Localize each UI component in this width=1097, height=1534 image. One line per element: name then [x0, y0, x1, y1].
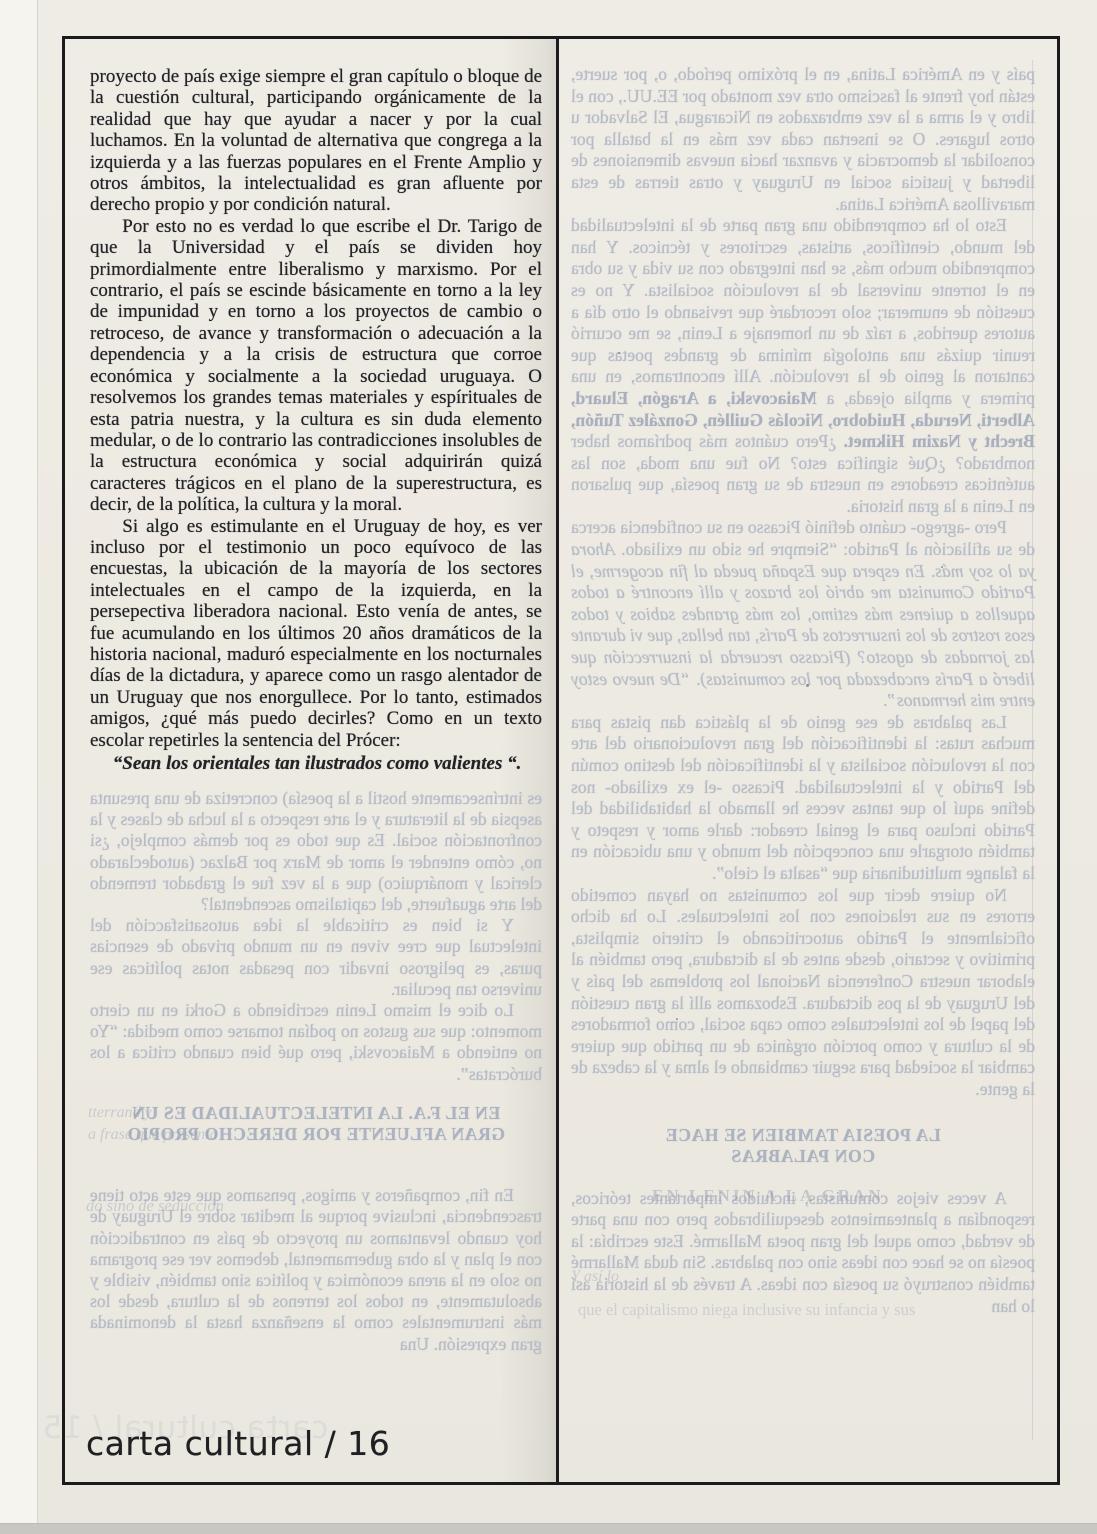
showthrough-paragraph: Pero -agrego- cuánto definió Picasso en …: [571, 517, 1035, 711]
paper-speck: [618, 352, 620, 354]
showthrough-paragraph: Esto lo ha comprendido una gran parte de…: [571, 215, 1035, 517]
paper-speck: [941, 566, 943, 568]
ghost-fragment: Y así lo: [571, 1268, 619, 1286]
showthrough-paragraph: A veces viejos comunistas, incluidos imp…: [571, 1188, 1035, 1318]
showthrough-paragraph: No quiere decir que los comunistas no ha…: [571, 885, 1035, 1101]
showthrough-heading-line: LA POESIA TAMBIEN SE HACE: [571, 1125, 1035, 1147]
magazine-footer-logo: carta cultural / 16: [86, 1424, 390, 1463]
showthrough-paragraph: Las palabras de ese genio de la plástica…: [571, 712, 1035, 885]
showthrough-heading-line: EN EL F.A. LA INTELECTUALIDAD ES UN: [90, 1103, 542, 1124]
ghost-fragment: tterrand y: [88, 1104, 152, 1122]
column-divider-rule: [556, 36, 559, 1485]
showthrough-heading-line: CON PALABRAS: [571, 1146, 1035, 1168]
paper-speck: [806, 684, 809, 687]
ghost-fragment: a frase que presenta: [88, 1126, 218, 1144]
paper-left-edge: [0, 0, 38, 1534]
article-paragraph: Si algo es estimulante en el Uruguay de …: [90, 516, 542, 751]
showthrough-paragraph: Y si bien es criticable la idea autosati…: [90, 915, 542, 1000]
right-column-showthrough: país y en América Latina, en el próximo …: [571, 64, 1035, 1317]
paper-bottom-edge: [0, 1523, 1097, 1534]
showthrough-paragraph: es intrínsecamente hostil a la poesía) c…: [90, 788, 542, 915]
paper-speck: [676, 1018, 678, 1020]
ghost-fragment: EN LENIN A LA GRAN: [652, 1186, 884, 1206]
ghost-fragment: do sino de seducción: [86, 1196, 224, 1216]
article-left-column: proyecto de país exige siempre el gran c…: [90, 66, 542, 774]
article-paragraph: Por esto no es verdad lo que escribe el …: [90, 216, 542, 516]
article-quote: “Sean los orientales tan ilustrados como…: [90, 753, 542, 774]
showthrough-paragraph: país y en América Latina, en el próximo …: [571, 64, 1035, 215]
showthrough-paragraph: Lo dice el mismo Lenin escribiendo a Gor…: [90, 1000, 542, 1085]
showthrough-heading: LA POESIA TAMBIEN SE HACE CON PALABRAS: [571, 1125, 1035, 1168]
article-paragraph: proyecto de país exige siempre el gran c…: [90, 66, 542, 216]
ghost-fragment: que el capitalismo niega inclusive su in…: [578, 1300, 915, 1320]
left-column-showthrough: es intrínsecamente hostil a la poesía) c…: [90, 788, 542, 1355]
showthrough-picasso-quote: Ahora ya lo soy más. En espera que Españ…: [571, 539, 1035, 710]
scanned-magazine-page: proyecto de país exige siempre el gran c…: [0, 0, 1097, 1534]
